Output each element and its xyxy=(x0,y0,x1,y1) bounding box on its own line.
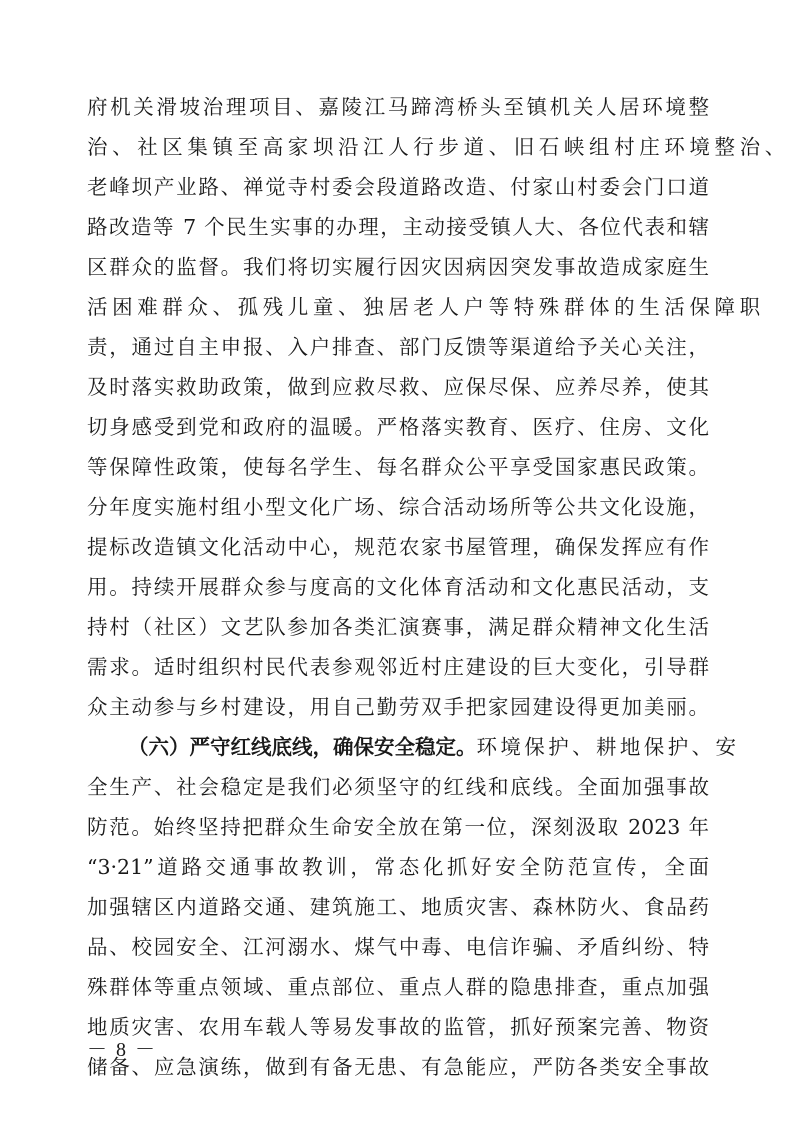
text-line: 区群众的监督。我们将切实履行因灾因病因突发事故造成家庭生 xyxy=(87,251,709,291)
text-line: 储备、应急演练，做到有备无患、有急能应，严防各类安全事故 xyxy=(87,1051,709,1091)
section-6-first-line: （六）严守红线底线，确保安全稳定。环境保护、耕地保护、安 xyxy=(87,731,709,771)
text-line: 地质灾害、农用车载人等易发事故的监管，抓好预案完善、物资 xyxy=(87,1011,709,1051)
text-line: 切身感受到党和政府的温暖。严格落实教育、医疗、住房、文化 xyxy=(87,411,709,451)
section-6-heading-rest: 环境保护、耕地保护、安 xyxy=(477,735,740,759)
text-line: 提标改造镇文化活动中心，规范农家书屋管理，确保发挥应有作 xyxy=(87,531,709,571)
text-line: 治、社区集镇至高家坝沿江人行步道、旧石峡组村庄环境整治、 xyxy=(87,131,709,171)
text-line: 众主动参与乡村建设，用自己勤劳双手把家园建设得更加美丽。 xyxy=(87,691,709,731)
text-line: 活困难群众、孤残儿童、独居老人户等特殊群体的生活保障职 xyxy=(87,291,709,331)
text-line: 防范。始终坚持把群众生命安全放在第一位，深刻汲取 2023 年 xyxy=(87,811,709,851)
text-line: 加强辖区内道路交通、建筑施工、地质灾害、森林防火、食品药 xyxy=(87,891,709,931)
text-line: 品、校园安全、江河溺水、煤气中毒、电信诈骗、矛盾纠纷、特 xyxy=(87,931,709,971)
page-number: － 8 － xyxy=(87,1036,157,1064)
text-line: “3·21”道路交通事故教训，常态化抓好安全防范宣传，全面 xyxy=(87,851,709,891)
text-line: 路改造等 7 个民生实事的办理，主动接受镇人大、各位代表和辖 xyxy=(87,211,709,251)
document-page: 府机关滑坡治理项目、嘉陵江马蹄湾桥头至镇机关人居环境整 治、社区集镇至高家坝沿江… xyxy=(0,0,793,1122)
body-text: 府机关滑坡治理项目、嘉陵江马蹄湾桥头至镇机关人居环境整 治、社区集镇至高家坝沿江… xyxy=(87,91,709,1091)
text-line: 责，通过自主申报、入户排查、部门反馈等渠道给予关心关注， xyxy=(87,331,709,371)
text-line: 用。持续开展群众参与度高的文化体育活动和文化惠民活动，支 xyxy=(87,571,709,611)
text-line: 老峰坝产业路、禅觉寺村委会段道路改造、付家山村委会门口道 xyxy=(87,171,709,211)
text-line: 全生产、社会稳定是我们必须坚守的红线和底线。全面加强事故 xyxy=(87,771,709,811)
text-line: 殊群体等重点领域、重点部位、重点人群的隐患排查，重点加强 xyxy=(87,971,709,1011)
text-line: 等保障性政策，使每名学生、每名群众公平享受国家惠民政策。 xyxy=(87,451,709,491)
section-6-heading: （六）严守红线底线，确保安全稳定。 xyxy=(128,735,477,759)
text-line: 需求。适时组织村民代表参观邻近村庄建设的巨大变化，引导群 xyxy=(87,651,709,691)
text-line: 府机关滑坡治理项目、嘉陵江马蹄湾桥头至镇机关人居环境整 xyxy=(87,91,709,131)
text-line: 分年度实施村组小型文化广场、综合活动场所等公共文化设施， xyxy=(87,491,709,531)
text-line: 持村（社区）文艺队参加各类汇演赛事，满足群众精神文化生活 xyxy=(87,611,709,651)
text-line: 及时落实救助政策，做到应救尽救、应保尽保、应养尽养，使其 xyxy=(87,371,709,411)
